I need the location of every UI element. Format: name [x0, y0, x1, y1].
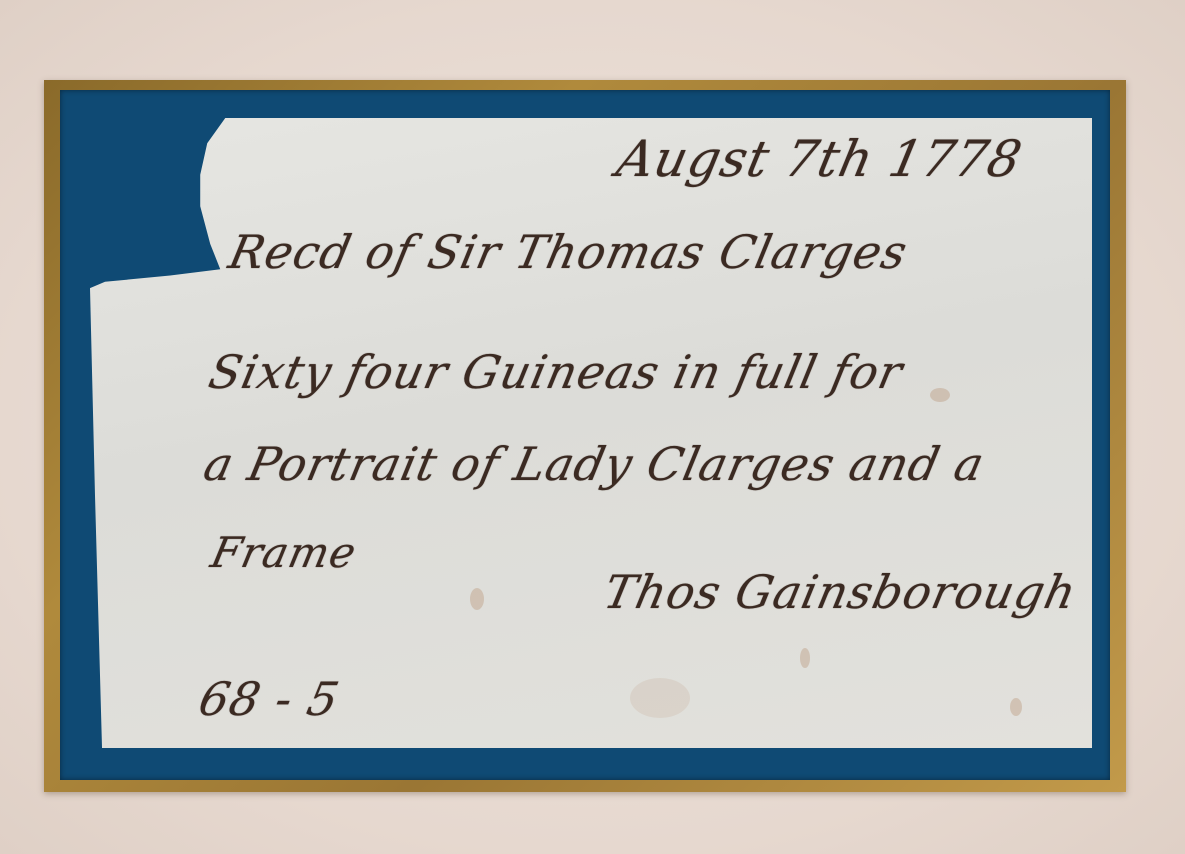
- foxing-stain: [470, 588, 484, 610]
- foxing-stain: [930, 388, 950, 402]
- receipt-line-1: Recd of Sir Thomas Clarges: [224, 225, 912, 279]
- receipt-date: Augst 7th 1778: [612, 130, 1028, 188]
- foxing-stain: [630, 678, 690, 718]
- amount-notation: 68 - 5: [194, 672, 344, 726]
- foxing-stain: [800, 648, 810, 668]
- receipt-line-2: Sixty four Guineas in full for: [204, 345, 908, 399]
- foxing-stain: [1010, 698, 1022, 716]
- signature: Thos Gainsborough: [599, 565, 1081, 619]
- receipt-paper: [90, 118, 1092, 748]
- receipt-line-4: Frame: [207, 528, 361, 577]
- receipt-line-3: a Portrait of Lady Clarges and a: [199, 437, 989, 491]
